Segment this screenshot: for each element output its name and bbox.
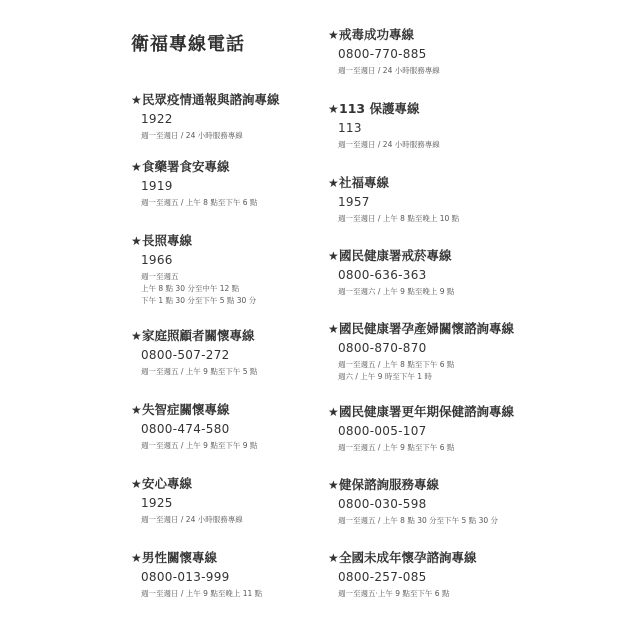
hotline-quit-smoking: ★國民健康署戒菸專線 0800-636-363 週一至週六 / 上午 9 點至晚… [328,248,454,298]
hotline-name: 國民健康署戒菸專線 [339,248,452,264]
hotline-name: 長照專線 [142,233,192,249]
star-icon: ★ [328,27,339,43]
star-icon: ★ [131,159,142,175]
hotline-suicide-prevention: ★安心專線 1925 週一至週日 / 24 小時服務專線 [131,476,243,526]
star-icon: ★ [328,321,339,337]
hotline-phone[interactable]: 0800-636-363 [338,267,454,283]
hotline-teen-pregnancy: ★全國未成年懷孕諮詢專線 0800-257-085 週一至週五‧上午 9 點至下… [328,550,477,600]
hotline-name: 113 保護專線 [339,101,419,117]
star-icon: ★ [131,550,142,566]
star-icon: ★ [131,92,142,108]
page-title: 衛福專線電話 [131,30,245,56]
hotline-food-safety: ★食藥署食安專線 1919 週一至週五 / 上午 8 點至下午 6 點 [131,159,257,209]
hotline-phone[interactable]: 0800-030-598 [338,496,498,512]
hotline-hours: 週一至週五 / 上午 9 點至下午 5 點 [141,366,257,378]
star-icon: ★ [131,233,142,249]
hotline-hours: 週一至週日 / 24 小時服務專線 [141,130,280,142]
hotline-hours: 週一至週日 / 24 小時服務專線 [338,139,440,151]
hotline-epidemic: ★民眾疫情通報與諮詢專線 1922 週一至週日 / 24 小時服務專線 [131,92,280,142]
hotline-hours: 週一至週五 / 上午 9 點至下午 6 點 [338,442,514,454]
hotline-drug-rehab: ★戒毒成功專線 0800-770-885 週一至週日 / 24 小時服務專線 [328,27,440,77]
hotline-hours: 週一至週五 / 上午 8 點至下午 6 點 [338,359,514,371]
hotline-phone[interactable]: 1922 [141,111,280,127]
hotline-name: 社福專線 [339,175,389,191]
hotline-name: 國民健康署更年期保健諮詢專線 [339,404,514,420]
hotline-hours: 週一至週五‧上午 9 點至下午 6 點 [338,588,477,600]
hotline-menopause: ★國民健康署更年期保健諮詢專線 0800-005-107 週一至週五 / 上午 … [328,404,514,454]
hotline-name: 全國未成年懷孕諮詢專線 [339,550,477,566]
hotline-hours: 週一至週日 / 上午 9 點至晚上 11 點 [141,588,262,600]
hotline-hours: 週一至週五 [141,271,256,283]
hotline-name: 民眾疫情通報與諮詢專線 [142,92,280,108]
hotline-phone[interactable]: 0800-770-885 [338,46,440,62]
hotline-phone[interactable]: 0800-013-999 [141,569,262,585]
hotline-hours: 週一至週五 / 上午 8 點 30 分至下午 5 點 30 分 [338,515,498,527]
hotline-maternal-care: ★國民健康署孕產婦關懷諮詢專線 0800-870-870 週一至週五 / 上午 … [328,321,514,383]
hotline-hours: 週一至週日 / 24 小時服務專線 [141,514,243,526]
star-icon: ★ [328,550,339,566]
hotline-long-term-care: ★長照專線 1966 週一至週五 上午 8 點 30 分至中午 12 點 下午 … [131,233,256,307]
hotline-name: 家庭照顧者關懷專線 [142,328,255,344]
star-icon: ★ [328,477,339,493]
hotline-phone[interactable]: 0800-257-085 [338,569,477,585]
hotline-dementia: ★失智症關懷專線 0800-474-580 週一至週五 / 上午 9 點至下午 … [131,402,257,452]
hotline-name: 國民健康署孕產婦關懷諮詢專線 [339,321,514,337]
star-icon: ★ [131,476,142,492]
hotline-hours: 週一至週五 / 上午 9 點至下午 9 點 [141,440,257,452]
star-icon: ★ [131,402,142,418]
star-icon: ★ [131,328,142,344]
hotline-phone[interactable]: 0800-005-107 [338,423,514,439]
star-icon: ★ [328,404,339,420]
hotline-phone[interactable]: 0800-507-272 [141,347,257,363]
hotline-social-welfare: ★社福專線 1957 週一至週日 / 上午 8 點至晚上 10 點 [328,175,459,225]
hotline-name: 食藥署食安專線 [142,159,230,175]
star-icon: ★ [328,248,339,264]
hotline-hours: 上午 8 點 30 分至中午 12 點 [141,283,256,295]
hotline-113-protection: ★113 保護專線 113 週一至週日 / 24 小時服務專線 [328,101,440,151]
hotline-male-care: ★男性關懷專線 0800-013-999 週一至週日 / 上午 9 點至晚上 1… [131,550,262,600]
hotline-phone[interactable]: 1966 [141,252,256,268]
hotline-health-insurance: ★健保諮詢服務專線 0800-030-598 週一至週五 / 上午 8 點 30… [328,477,498,527]
hotline-phone[interactable]: 0800-474-580 [141,421,257,437]
hotline-hours: 週六 / 上午 9 時至下午 1 時 [338,371,514,383]
hotline-hours: 週一至週五 / 上午 8 點至下午 6 點 [141,197,257,209]
hotline-phone[interactable]: 1919 [141,178,257,194]
star-icon: ★ [328,101,339,117]
hotline-name: 安心專線 [142,476,192,492]
hotline-phone[interactable]: 113 [338,120,440,136]
hotline-name: 健保諮詢服務專線 [339,477,439,493]
hotline-phone[interactable]: 0800-870-870 [338,340,514,356]
hotline-hours: 下午 1 點 30 分至下午 5 點 30 分 [141,295,256,307]
hotline-name: 失智症關懷專線 [142,402,230,418]
hotline-phone[interactable]: 1925 [141,495,243,511]
hotline-name: 男性關懷專線 [142,550,217,566]
hotline-hours: 週一至週日 / 上午 8 點至晚上 10 點 [338,213,459,225]
hotline-family-caregiver: ★家庭照顧者關懷專線 0800-507-272 週一至週五 / 上午 9 點至下… [131,328,257,378]
star-icon: ★ [328,175,339,191]
hotline-hours: 週一至週六 / 上午 9 點至晚上 9 點 [338,286,454,298]
hotline-name: 戒毒成功專線 [339,27,414,43]
hotline-phone[interactable]: 1957 [338,194,459,210]
hotline-hours: 週一至週日 / 24 小時服務專線 [338,65,440,77]
